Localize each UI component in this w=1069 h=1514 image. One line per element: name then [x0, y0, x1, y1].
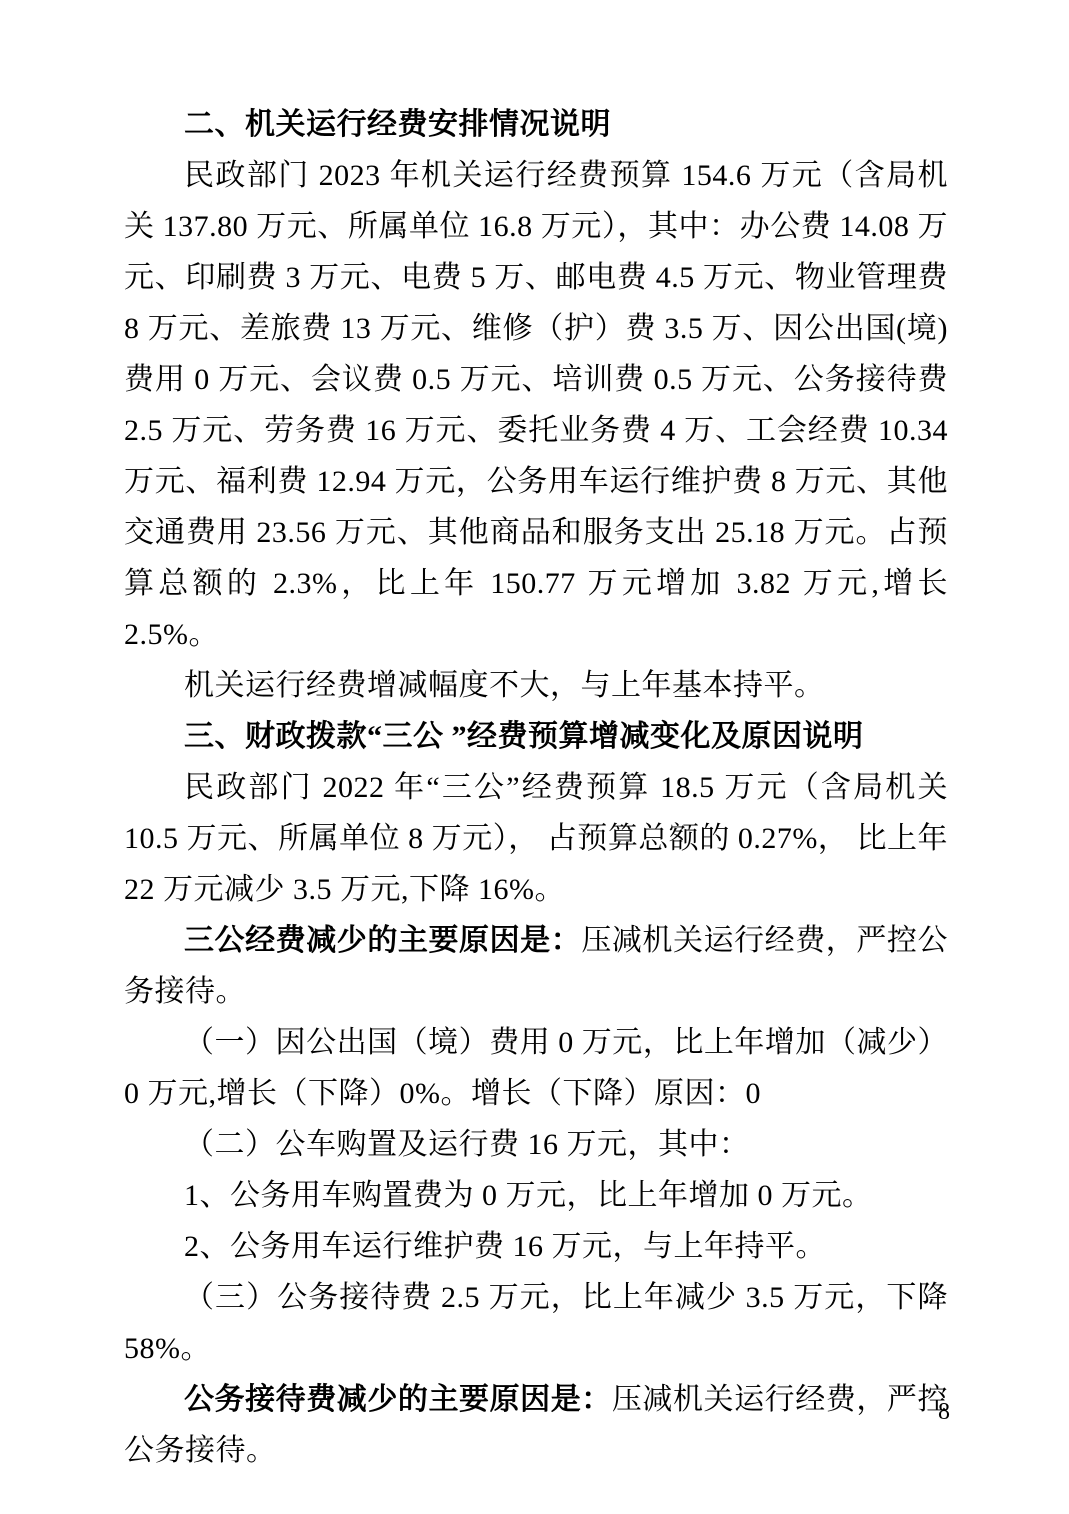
- paragraph: 2、公务用车运行维护费 16 万元，与上年持平。: [124, 1221, 948, 1272]
- heading: 二、机关运行经费安排情况说明: [124, 99, 948, 150]
- paragraph: （二）公车购置及运行费 16 万元，其中：: [124, 1119, 948, 1170]
- paragraph: 1、公务用车购置费为 0 万元，比上年增加 0 万元。: [124, 1170, 948, 1221]
- paragraph-text: 机关运行经费增减幅度不大，与上年基本持平。: [184, 669, 825, 702]
- paragraph: 公务接待费减少的主要原因是：压减机关运行经费，严控公务接待。: [124, 1374, 948, 1476]
- paragraph-text: 民政部门 2023 年机关运行经费预算 154.6 万元（含局机关 137.80…: [124, 159, 948, 651]
- paragraph: 机关运行经费增减幅度不大，与上年基本持平。: [124, 660, 948, 711]
- document-page: 二、机关运行经费安排情况说明民政部门 2023 年机关运行经费预算 154.6 …: [0, 0, 1069, 1514]
- paragraph-text: （一）因公出国（境）费用 0 万元，比上年增加（减少）0 万元,增长（下降）0%…: [124, 1026, 948, 1110]
- paragraph: （三）公务接待费 2.5 万元，比上年减少 3.5 万元，下降 58%。: [124, 1272, 948, 1374]
- heading: 三、财政拨款“三公 ”经费预算增减变化及原因说明: [124, 711, 948, 762]
- paragraph-text: 公务接待费减少的主要原因是：: [184, 1383, 612, 1416]
- heading-text: 二、机关运行经费安排情况说明: [184, 108, 611, 141]
- paragraph-text: （三）公务接待费 2.5 万元，比上年减少 3.5 万元，下降 58%。: [124, 1281, 948, 1365]
- page-number: 8: [928, 1396, 960, 1428]
- paragraph-text: 三公经费减少的主要原因是：: [184, 924, 581, 957]
- heading-text: 三、财政拨款“三公 ”经费预算增减变化及原因说明: [184, 720, 864, 753]
- paragraph: （一）因公出国（境）费用 0 万元，比上年增加（减少）0 万元,增长（下降）0%…: [124, 1017, 948, 1119]
- paragraph: 三公经费减少的主要原因是：压减机关运行经费，严控公务接待。: [124, 915, 948, 1017]
- paragraph: 民政部门 2023 年机关运行经费预算 154.6 万元（含局机关 137.80…: [124, 150, 948, 660]
- paragraph-text: 民政部门 2022 年“三公”经费预算 18.5 万元（含局机关 10.5 万元…: [124, 771, 948, 906]
- paragraph-text: （二）公车购置及运行费 16 万元，其中：: [184, 1128, 750, 1161]
- paragraph-text: 2、公务用车运行维护费 16 万元，与上年持平。: [184, 1230, 826, 1263]
- paragraph: 民政部门 2022 年“三公”经费预算 18.5 万元（含局机关 10.5 万元…: [124, 762, 948, 915]
- document-body: 二、机关运行经费安排情况说明民政部门 2023 年机关运行经费预算 154.6 …: [124, 99, 948, 1476]
- paragraph-text: 1、公务用车购置费为 0 万元，比上年增加 0 万元。: [184, 1179, 873, 1212]
